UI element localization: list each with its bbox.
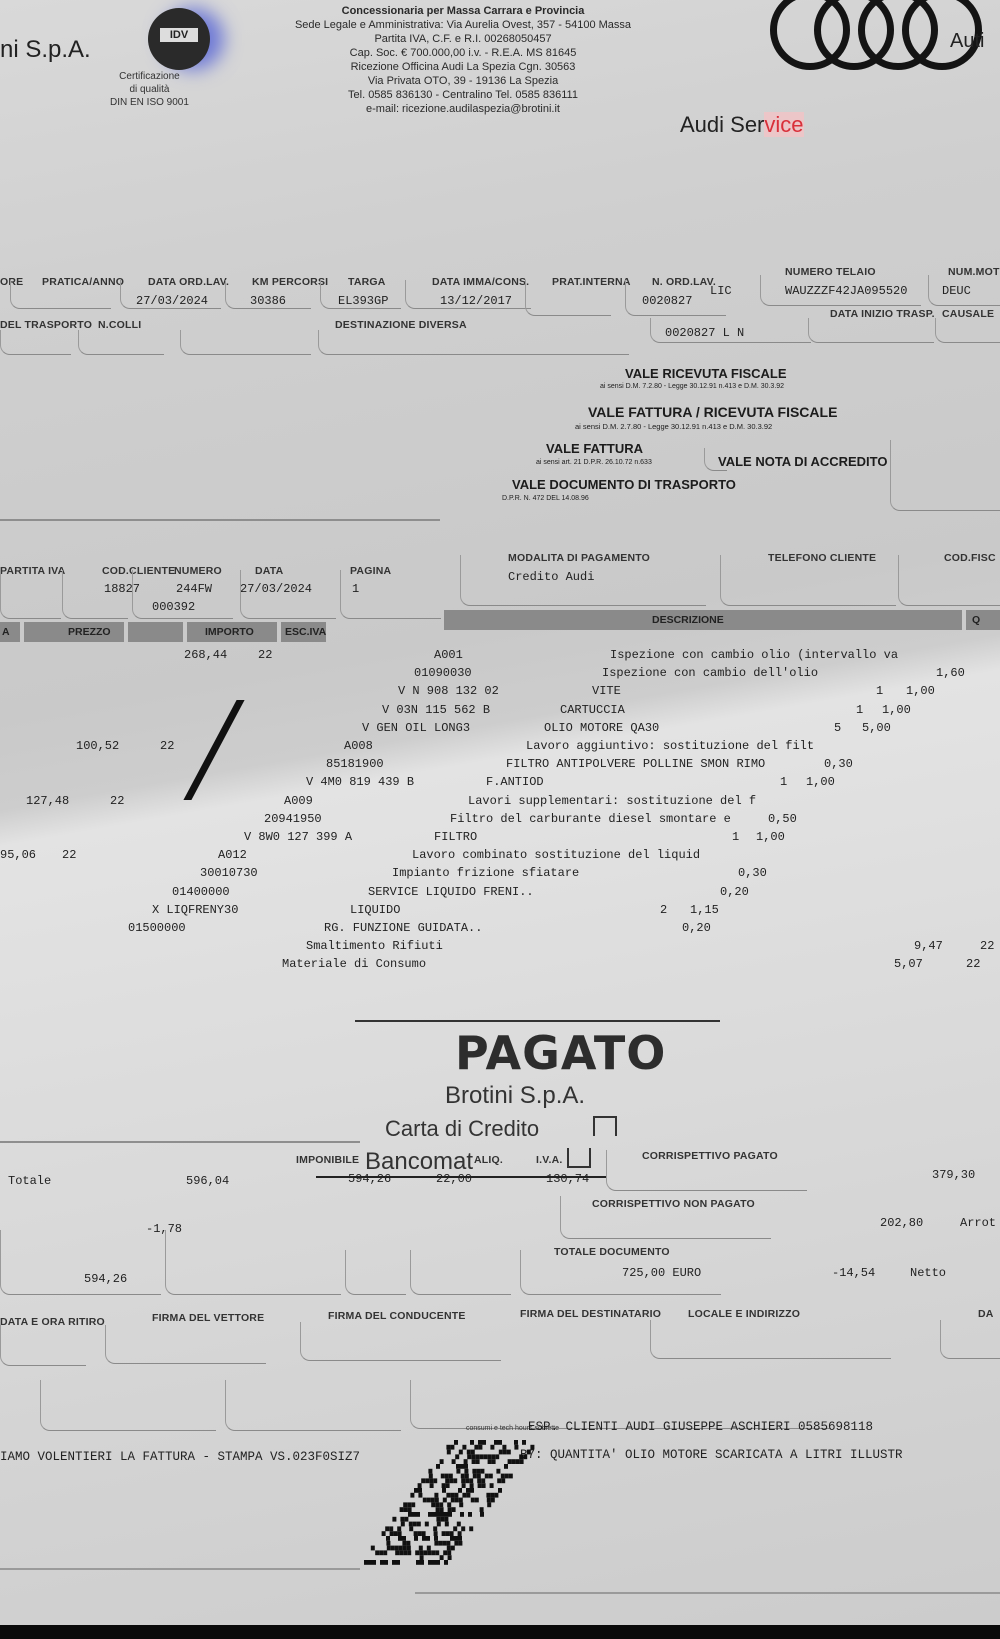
field-box [165, 1230, 341, 1295]
column-header: DESCRIZIONE [444, 610, 962, 630]
netto-value: -14,54 [832, 1266, 875, 1280]
item-price: 5,07 [894, 957, 923, 971]
item-iva-right: 22 [980, 939, 994, 953]
service-label-b: vice [764, 112, 803, 137]
item-price: 1,00 [882, 703, 911, 717]
item-description: Ispezione con cambio dell'olio [602, 666, 818, 680]
field-box [606, 1150, 807, 1191]
signature-box [0, 1325, 86, 1366]
doc-type-title: VALE FATTURA [546, 441, 643, 456]
item-description: Smaltimento Rifiuti [306, 939, 443, 953]
company-name: ni S.p.A. [0, 36, 91, 64]
signature-box [105, 1325, 266, 1364]
signature-label: FIRMA DEL DESTINATARIO [520, 1308, 661, 1320]
certification-badge-icon: IDV [148, 8, 210, 70]
item-description: Lavori supplementari: sostituzione del f [468, 794, 756, 808]
stamp-checkbox-icon [567, 1148, 591, 1168]
item-description: Filtro del carburante diesel smontare e [450, 812, 731, 826]
divider [0, 519, 440, 521]
item-code: A001 [434, 648, 463, 662]
field-box [340, 570, 441, 619]
field-box [0, 1230, 161, 1295]
item-code: A012 [218, 848, 247, 862]
field-box [318, 330, 629, 355]
divider [0, 1141, 360, 1143]
bottom-border [0, 1625, 1000, 1639]
column-label: PREZZO [68, 626, 111, 638]
service-label-a: Audi Ser [680, 112, 764, 137]
item-code: 01500000 [128, 921, 186, 935]
item-code: A009 [284, 794, 313, 808]
doc-type-sub: ai sensi D.M. 7.2.80 - Legge 30.12.91 n.… [600, 383, 784, 390]
item-description: Ispezione con cambio olio (intervallo va [610, 648, 898, 662]
item-price: 0,30 [738, 866, 767, 880]
column-label: ESC.IVA [285, 626, 326, 638]
dealer-line: Via Privata OTO, 39 - 19136 La Spezia [218, 74, 708, 88]
netto-label: Netto [910, 1266, 946, 1280]
item-iva: 22 [258, 648, 272, 662]
totale-value: 596,04 [186, 1174, 229, 1188]
item-code: V 8W0 127 399 A [244, 830, 352, 844]
cert-line: di qualità [110, 83, 189, 96]
item-price: 0,20 [720, 885, 749, 899]
item-code: V 4M0 819 439 B [306, 775, 414, 789]
item-description: CARTUCCIA [560, 703, 625, 717]
item-code: 01400000 [172, 885, 230, 899]
checkbox-nota-accredito[interactable] [704, 448, 727, 471]
footer-note-right-1: ESP. CLIENTI AUDI GIUSEPPE ASCHIERI 0585… [528, 1420, 873, 1434]
item-price: 0,30 [824, 757, 853, 771]
dealer-line: Tel. 0585 836130 - Centralino Tel. 0585 … [218, 88, 708, 102]
cert-badge-label: IDV [160, 28, 198, 42]
column-header [128, 622, 183, 642]
field-box [898, 555, 1000, 606]
photo-artifact [183, 700, 244, 800]
item-code: V GEN OIL LONG3 [362, 721, 470, 735]
cert-line: DIN EN ISO 9001 [110, 96, 189, 109]
column-header: A [0, 622, 20, 642]
item-iva: 22 [160, 739, 174, 753]
signature-box [40, 1380, 216, 1431]
item-code: 01090030 [414, 666, 472, 680]
item-code: V 03N 115 562 B [382, 703, 490, 717]
doc-type-title: VALE DOCUMENTO DI TRASPORTO [512, 477, 736, 492]
certification-text: Certificazione di qualità DIN EN ISO 900… [110, 70, 189, 109]
iva-label: I.V.A. [536, 1154, 563, 1166]
item-iva: 22 [62, 848, 76, 862]
item-description: VITE [592, 684, 621, 698]
item-price: 5,00 [862, 721, 891, 735]
field-box [650, 318, 811, 343]
item-code: 30010730 [200, 866, 258, 880]
column-header: Q [966, 610, 1000, 630]
field-box [405, 280, 531, 309]
item-price: 1,00 [756, 830, 785, 844]
totale-label: Totale [8, 1174, 51, 1188]
doc-type-sub: D.P.R. N. 472 DEL 14.08.96 [502, 495, 589, 502]
item-description: F.ANTIOD [486, 775, 544, 789]
invoice-document: ni S.p.A. IDV Certificazione di qualità … [0, 0, 1000, 1625]
item-qty: 5 [834, 721, 841, 735]
doc-type-sub: ai sensi D.M. 2.7.80 - Legge 30.12.91 n.… [575, 422, 772, 431]
column-label: DESCRIZIONE [652, 614, 724, 626]
dealer-line: Concessionaria per Massa Carrara e Provi… [218, 4, 708, 18]
field-box [120, 280, 221, 309]
column-header: ESC.IVA [281, 622, 326, 642]
dealer-line: Cap. Soc. € 700.000,00 i.v. - R.E.A. MS … [218, 46, 708, 60]
signature-box [300, 1322, 501, 1361]
item-iva-right: 22 [966, 957, 980, 971]
dealer-info: Concessionaria per Massa Carrara e Provi… [218, 4, 708, 116]
field-box [10, 280, 111, 309]
field-box [808, 318, 934, 343]
stamp-checkbox-icon [593, 1116, 617, 1136]
field-box [0, 570, 61, 619]
item-iva: 22 [110, 794, 124, 808]
signature-box [940, 1320, 1000, 1359]
column-label: Q [972, 614, 980, 626]
field-box [460, 555, 706, 606]
column-label: A [2, 626, 10, 638]
stamp-title: PAGATO [455, 1026, 666, 1080]
item-price: 0,20 [682, 921, 711, 935]
field-box [525, 280, 611, 316]
item-description: Lavoro combinato sostituzione del liquid [412, 848, 700, 862]
item-price: 9,47 [914, 939, 943, 953]
dealer-line: Ricezione Officina Audi La Spezia Cgn. 3… [218, 60, 708, 74]
item-code: 20941950 [264, 812, 322, 826]
qr-code-icon [350, 1440, 550, 1570]
signature-box [225, 1380, 401, 1431]
field-box [180, 330, 311, 355]
item-importo: 127,48 [26, 794, 69, 808]
field-box [132, 570, 233, 619]
item-description: Materiale di Consumo [282, 957, 426, 971]
brand-partial: Auti [950, 30, 984, 53]
item-code: X LIQFRENY30 [152, 903, 238, 917]
item-price: 1,15 [690, 903, 719, 917]
divider [0, 1568, 360, 1570]
item-price: 1,00 [906, 684, 935, 698]
field-box [0, 330, 71, 355]
field-box [520, 1250, 721, 1295]
item-description: LIQUIDO [350, 903, 400, 917]
item-description: OLIO MOTORE QA30 [544, 721, 659, 735]
item-code: 85181900 [326, 757, 384, 771]
stamp-method-credit-card: Carta di Credito [385, 1116, 539, 1142]
iva-value: 130,74 [546, 1172, 589, 1186]
field-box [935, 318, 1000, 343]
item-importo: 95,06 [0, 848, 36, 862]
column-header: IMPORTO [187, 622, 277, 642]
column-label: IMPORTO [205, 626, 254, 638]
field-box [560, 1196, 771, 1239]
signature-label: LOCALE E INDIRIZZO [688, 1308, 800, 1320]
item-code: A008 [344, 739, 373, 753]
dealer-line: Partita IVA, C.F. e R.I. 00268050457 [218, 32, 708, 46]
item-price: 1,00 [806, 775, 835, 789]
field-box [410, 1250, 511, 1295]
doc-type-title: VALE RICEVUTA FISCALE [625, 366, 787, 381]
field-box [320, 280, 401, 309]
corrispettivo-non-pagato-value: 202,80 [880, 1216, 923, 1230]
doc-type-title: VALE NOTA DI ACCREDITO [718, 454, 887, 469]
item-description: Lavoro aggiuntivo: sostituzione del filt [526, 739, 814, 753]
field-box [760, 275, 921, 306]
signature-label: DA [978, 1308, 994, 1320]
doc-type-sub: ai sensi art. 21 D.P.R. 26.10.72 n.633 [536, 459, 652, 466]
footer-note-right-2: B7: QUANTITA' OLIO MOTORE SCARICATA A LI… [520, 1448, 903, 1462]
doc-type-title: VALE FATTURA / RICEVUTA FISCALE [588, 404, 837, 420]
arrot-label: Arrot [960, 1216, 996, 1230]
item-description: SERVICE LIQUIDO FRENI.. [368, 885, 534, 899]
field-box [720, 555, 896, 606]
field-box [625, 280, 726, 316]
imponibile-label: IMPONIBILE [296, 1154, 359, 1166]
corrispettivo-pagato-value: 379,30 [932, 1168, 975, 1182]
field-box [240, 570, 336, 619]
item-qty: 1 [856, 703, 863, 717]
field-box [928, 275, 1000, 306]
field-box [890, 440, 1000, 511]
signature-label: FIRMA DEL VETTORE [152, 1312, 264, 1324]
cert-line: Certificazione [110, 70, 189, 83]
aliq-value: 22,00 [436, 1172, 472, 1186]
item-description: RG. FUNZIONE GUIDATA.. [324, 921, 482, 935]
item-qty: 2 [660, 903, 667, 917]
item-price: 0,50 [768, 812, 797, 826]
signature-box [650, 1320, 891, 1359]
item-qty: 1 [732, 830, 739, 844]
item-qty: 1 [780, 775, 787, 789]
item-importo: 268,44 [184, 648, 227, 662]
dealer-line: e-mail: ricezione.audilaspezia@brotini.i… [218, 102, 708, 116]
field-box [62, 570, 128, 619]
item-price: 1,60 [936, 666, 965, 680]
audi-service-label: Audi Service [680, 112, 804, 138]
item-importo: 100,52 [76, 739, 119, 753]
imponibile-value: 594,26 [348, 1172, 391, 1186]
field-box [345, 1250, 406, 1295]
item-description: FILTRO [434, 830, 477, 844]
field-box [225, 280, 311, 309]
audi-rings-logo-icon [770, 0, 975, 60]
dealer-line: Sede Legale e Amministrativa: Via Aureli… [218, 18, 708, 32]
item-description: FILTRO ANTIPOLVERE POLLINE SMON RIMO [506, 757, 765, 771]
field-box [78, 330, 164, 355]
column-header: PREZZO [24, 622, 124, 642]
divider [415, 1592, 1000, 1594]
footer-note-left: IAMO VOLENTIERI LA FATTURA - STAMPA VS.0… [0, 1450, 360, 1464]
item-code: V N 908 132 02 [398, 684, 499, 698]
stamp-company: Brotini S.p.A. [445, 1082, 585, 1110]
item-description: Impianto frizione sfiatare [392, 866, 579, 880]
item-qty: 1 [876, 684, 883, 698]
signature-label: FIRMA DEL CONDUCENTE [328, 1310, 466, 1322]
aliq-label: ALIQ. [474, 1154, 503, 1166]
